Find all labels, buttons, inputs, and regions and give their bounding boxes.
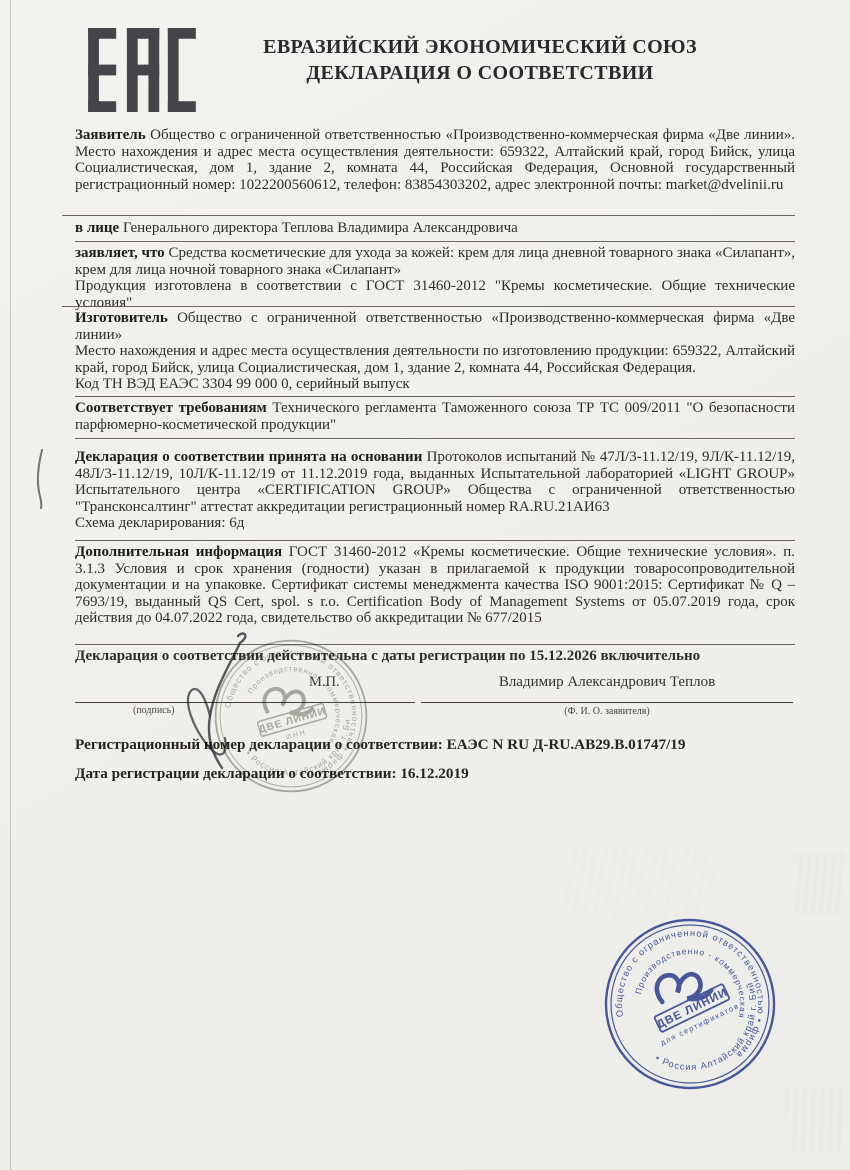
signatory-name-caption: (Ф. И. О. заявителя) xyxy=(421,706,793,717)
manufacturer-label: Изготовитель xyxy=(75,310,168,326)
represented-by-label: в лице xyxy=(75,220,119,236)
bleed-through-artifact xyxy=(786,1088,846,1150)
name-line xyxy=(421,702,793,703)
company-seal-sub: ИНН xyxy=(285,728,307,741)
section-declares: заявляет, что Средства косметические для… xyxy=(75,245,795,311)
scan-edge-artifact xyxy=(10,0,11,1170)
section-additional-info: Дополнительная информация ГОСТ 31460-201… xyxy=(75,544,795,627)
signatory-name: Владимир Александрович Теплов xyxy=(421,674,793,691)
basis-scheme-line: Схема декларирования: 6д xyxy=(75,515,795,532)
document-title: ЕВРАЗИЙСКИЙ ЭКОНОМИЧЕСКИЙ СОЮЗ ДЕКЛАРАЦИ… xyxy=(220,34,740,86)
section-represented-by: в лице Генерального директора Теплова Вл… xyxy=(75,220,795,237)
section-conforms: Соответствует требованиям Технического р… xyxy=(75,400,795,433)
bleed-through-artifact xyxy=(793,852,845,914)
divider xyxy=(62,215,795,216)
basis-label: Декларация о соответствии принята на осн… xyxy=(75,449,422,465)
title-line-union: ЕВРАЗИЙСКИЙ ЭКОНОМИЧЕСКИЙ СОЮЗ xyxy=(220,34,740,60)
title-line-declaration: ДЕКЛАРАЦИЯ О СООТВЕТСТВИИ xyxy=(220,60,740,86)
manufacturer-address: Место нахождения и адрес места осуществл… xyxy=(75,343,795,376)
divider xyxy=(75,438,795,439)
scan-mark-artifact xyxy=(30,448,50,510)
company-seal-stamp: Общество с ограниченной ответственностью… xyxy=(212,637,370,795)
applicant-text: Общество с ограниченной ответственностью… xyxy=(75,127,795,193)
registration-date-value: 16.12.2019 xyxy=(400,765,468,782)
eac-logo-icon xyxy=(88,28,196,117)
bleed-through-artifact xyxy=(565,845,715,920)
declaration-document: ЕВРАЗИЙСКИЙ ЭКОНОМИЧЕСКИЙ СОЮЗ ДЕКЛАРАЦИ… xyxy=(0,0,850,1170)
declares-label: заявляет, что xyxy=(75,245,165,261)
divider xyxy=(75,540,795,541)
divider xyxy=(62,306,795,307)
divider xyxy=(75,396,795,397)
manufacturer-code-line: Код ТН ВЭД ЕАЭС 3304 99 000 0, серийный … xyxy=(75,376,795,393)
declares-text: Средства косметические для ухода за коже… xyxy=(75,245,795,278)
certification-seal-stamp: Общество с ограниченной ответственностью… xyxy=(602,916,778,1092)
represented-by-text: Генерального директора Теплова Владимира… xyxy=(119,220,518,236)
registration-number-value: ЕАЭС N RU Д-RU.АВ29.В.01747/19 xyxy=(447,736,686,753)
section-basis: Декларация о соответствии принята на осн… xyxy=(75,449,795,532)
section-applicant: Заявитель Общество с ограниченной ответс… xyxy=(75,127,795,193)
additional-info-label: Дополнительная информация xyxy=(75,544,282,560)
manufacturer-text: Общество с ограниченной ответственностью… xyxy=(75,310,795,343)
divider xyxy=(75,241,795,242)
applicant-label: Заявитель xyxy=(75,127,146,143)
conforms-label: Соответствует требованиям xyxy=(75,400,267,416)
section-manufacturer: Изготовитель Общество с ограниченной отв… xyxy=(75,310,795,393)
